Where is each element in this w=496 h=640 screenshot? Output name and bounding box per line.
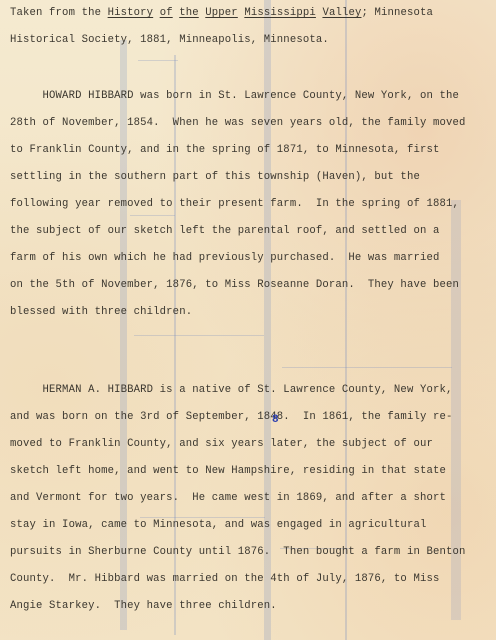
bio-line: County. Mr. Hibbard was married on the 4… bbox=[10, 572, 439, 586]
bio-line: farm of his own which he had previously … bbox=[10, 251, 439, 265]
bio-line: settling in the southern part of this to… bbox=[10, 170, 420, 184]
citation-line-1: Taken from the History of the Upper Miss… bbox=[10, 6, 433, 20]
bio-line: and Vermont for two years. He came west … bbox=[10, 491, 446, 505]
citation-line-2: Historical Society, 1881, Minneapolis, M… bbox=[10, 33, 329, 47]
citation-prefix: Taken from the bbox=[10, 7, 108, 19]
bio-line: to Franklin County, and in the spring of… bbox=[10, 143, 439, 157]
bio-line: 28th of November, 1854. When he was seve… bbox=[10, 116, 466, 130]
bio-line: the subject of our sketch left the paren… bbox=[10, 224, 439, 238]
bio-line: and was born on the 3rd of September, 18… bbox=[10, 410, 453, 424]
bio-line: HERMAN A. HIBBARD is a native of St. Law… bbox=[10, 383, 453, 397]
bio-line: blessed with three children. bbox=[10, 305, 192, 319]
bio-line: HOWARD HIBBARD was born in St. Lawrence … bbox=[10, 89, 459, 103]
bio-line: stay in Iowa, came to Minnesota, and was… bbox=[10, 518, 426, 532]
bio-line: pursuits in Sherburne County until 1876.… bbox=[10, 545, 466, 559]
citation-suffix: ; Minnesota bbox=[361, 7, 433, 19]
bio-line: moved to Franklin County, and six years … bbox=[10, 437, 433, 451]
bio-line: on the 5th of November, 1876, to Miss Ro… bbox=[10, 278, 459, 292]
document-page: Taken from the History of the Upper Miss… bbox=[0, 0, 496, 640]
book-title-word: Mississippi bbox=[244, 7, 316, 19]
book-title-word: Valley bbox=[322, 7, 361, 19]
book-title-word: of bbox=[160, 7, 173, 19]
book-title-word: the bbox=[179, 7, 199, 19]
bio-line: following year removed to their present … bbox=[10, 197, 459, 211]
book-title-word: History bbox=[108, 7, 154, 19]
book-title-word: Upper bbox=[205, 7, 238, 19]
bio-line: sketch left home, and went to New Hampsh… bbox=[10, 464, 446, 478]
handwritten-correction: 8 bbox=[272, 413, 279, 427]
bio-line: Angie Starkey. They have three children. bbox=[10, 599, 277, 613]
